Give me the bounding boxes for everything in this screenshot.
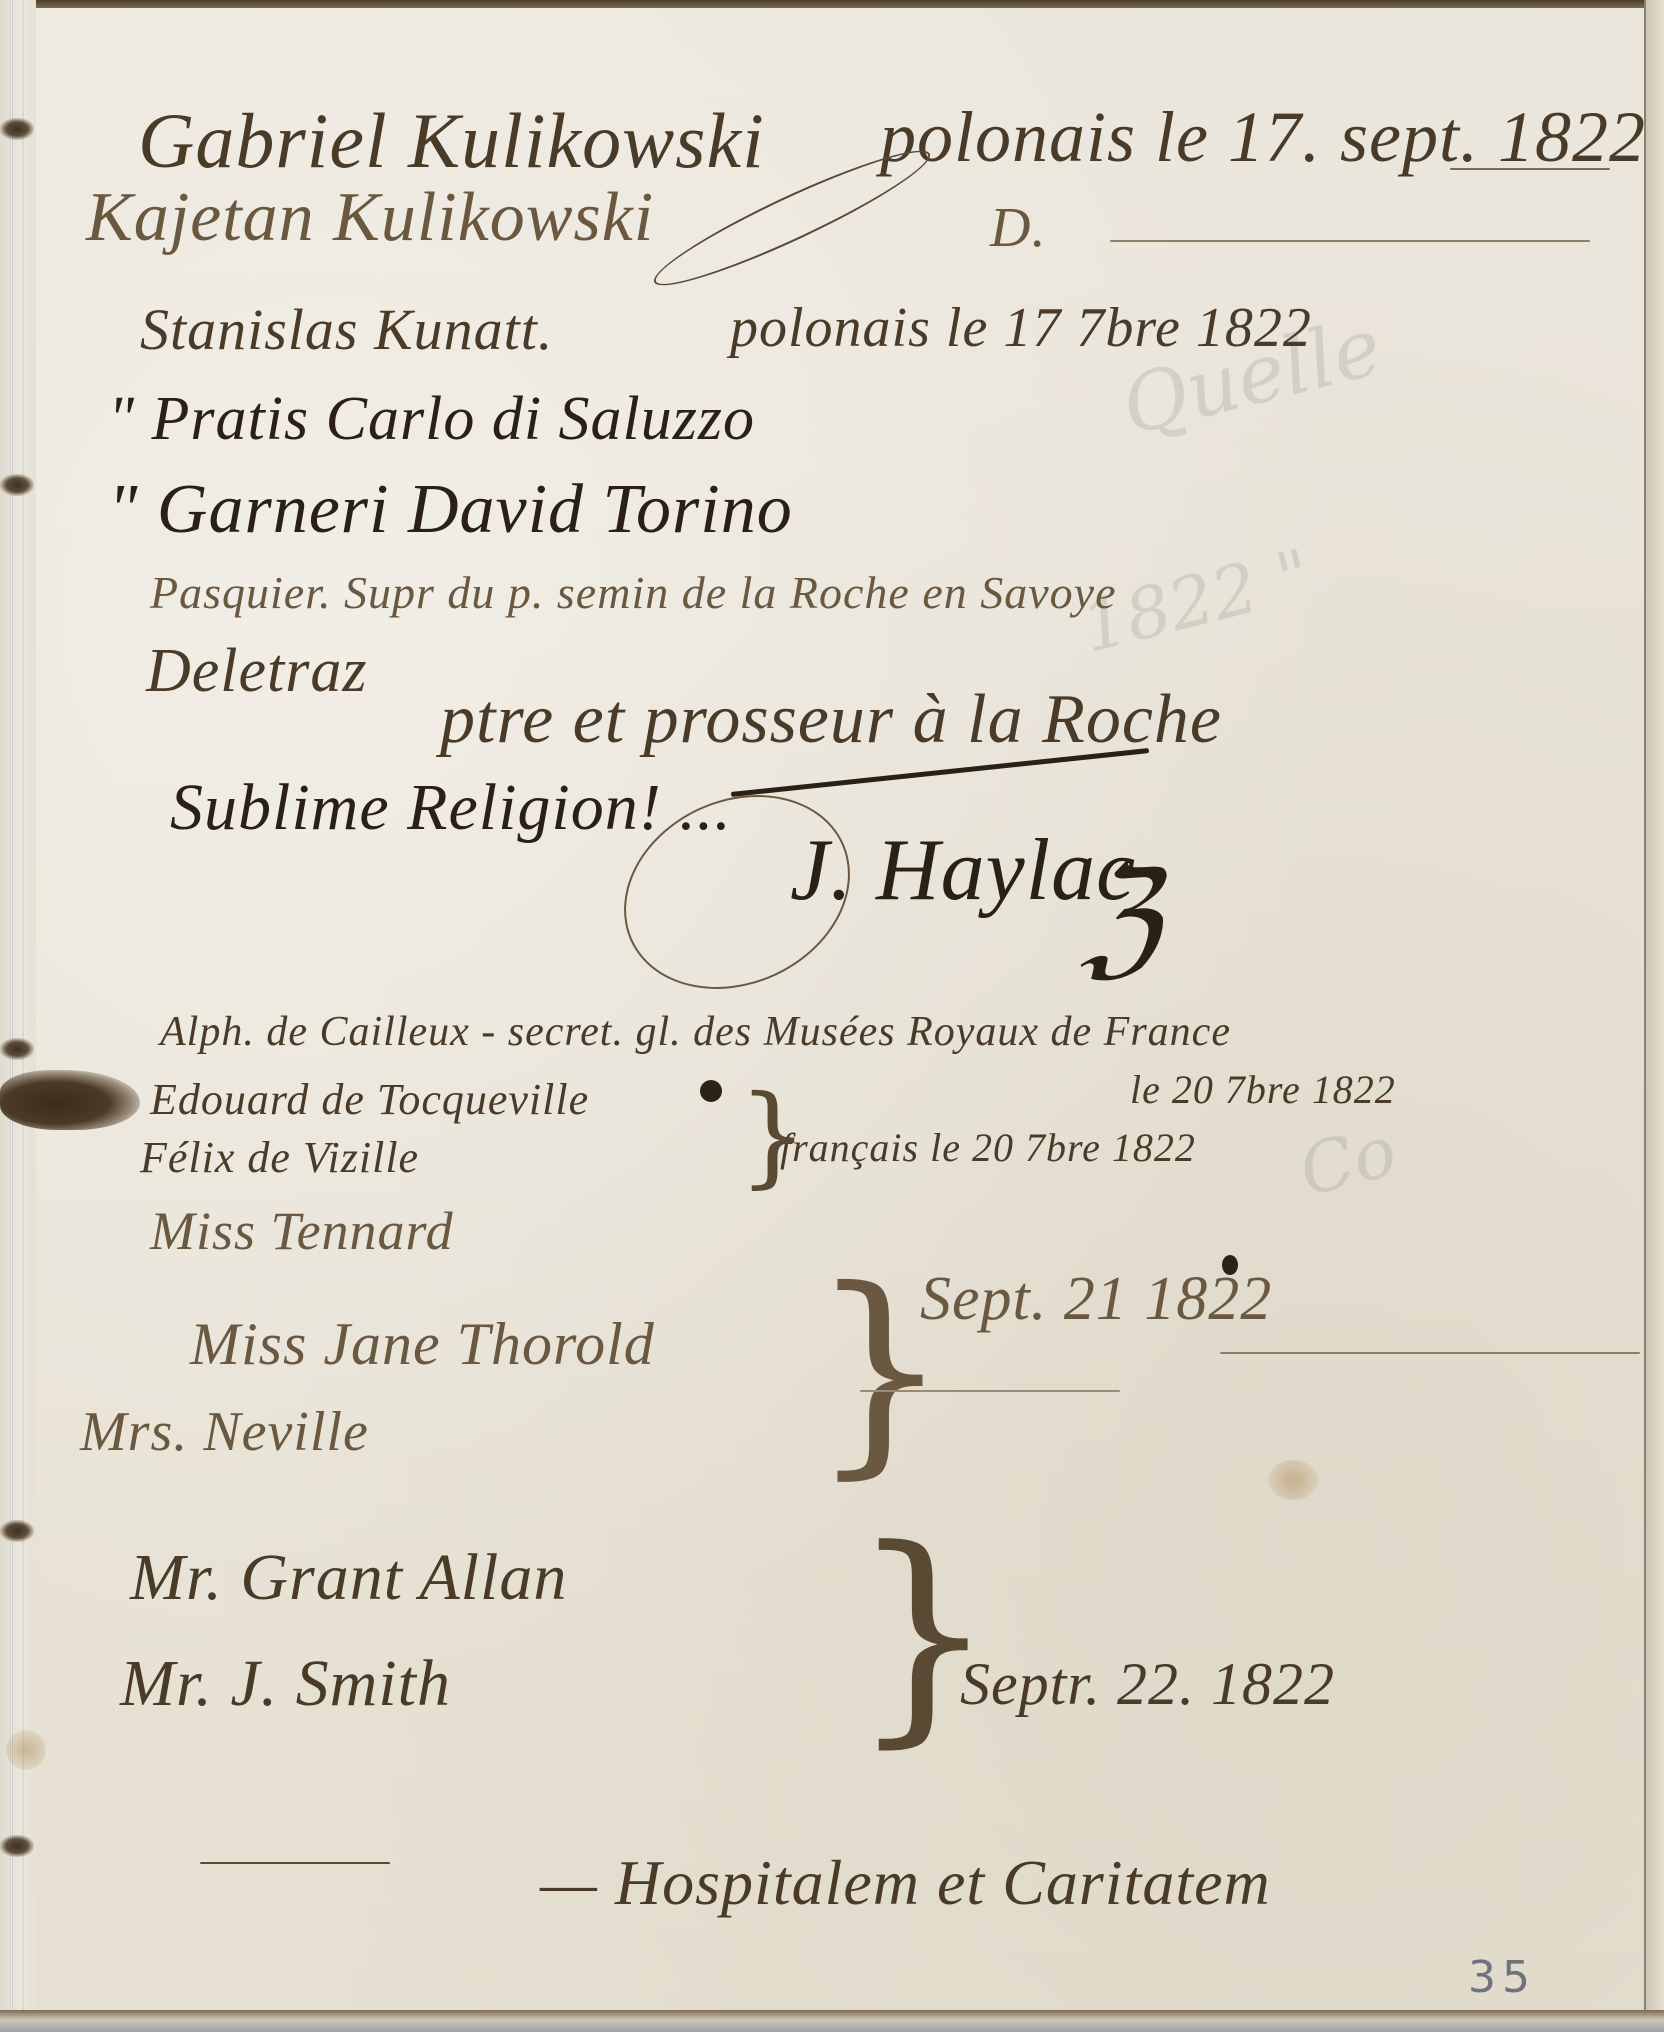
entry-note: polonais le 17. sept. 1822 xyxy=(880,96,1646,179)
page-bottom-edge xyxy=(0,2010,1664,2032)
separator-line xyxy=(200,1862,390,1864)
ink-stain xyxy=(700,1080,722,1102)
foxing-spot xyxy=(1268,1460,1318,1500)
entry-note: D. xyxy=(990,196,1046,260)
entry-name: Sublime Religion! ... xyxy=(170,770,732,846)
underline xyxy=(1450,168,1610,170)
entry-name: Edouard de Tocqueville xyxy=(150,1074,589,1125)
entry-name: Félix de Vizille xyxy=(140,1132,419,1183)
manuscript-page: Quelle 1822 " Co Gabriel Kulikowski polo… xyxy=(0,0,1664,2032)
binding-stitch xyxy=(0,1038,34,1060)
entry-note: polonais le 17 7bre 1822 xyxy=(730,296,1312,360)
bleed-through-text: Co xyxy=(1292,1110,1405,1213)
binding-stitch xyxy=(0,118,34,140)
entry-note: Septr. 22. 1822 xyxy=(960,1650,1335,1719)
entry-name: Stanislas Kunatt. xyxy=(140,296,553,363)
spine-gutter xyxy=(0,0,36,2010)
separator-line xyxy=(1220,1352,1640,1354)
entry-name: Miss Jane Thorold xyxy=(190,1310,655,1379)
separator-line xyxy=(1110,240,1590,242)
entry-name: Mr. J. Smith xyxy=(120,1646,451,1722)
entry-name: Deletraz xyxy=(146,636,368,707)
entry-name: Gabriel Kulikowski xyxy=(138,96,765,186)
page-right-edge xyxy=(1644,0,1664,2032)
top-binding-edge xyxy=(0,0,1664,8)
foxing-spot xyxy=(6,1730,46,1770)
closing-motto: — Hospitalem et Caritatem xyxy=(540,1846,1271,1920)
entry-name: Pasquier. Supr du p. semin de la Roche e… xyxy=(150,566,1117,619)
ink-stain xyxy=(0,1070,140,1130)
entry-note: français le 20 7bre 1822 xyxy=(780,1124,1196,1171)
entry-name: Miss Tennard xyxy=(150,1200,454,1262)
entry-note: le 20 7bre 1822 xyxy=(1130,1066,1396,1113)
entry-name: Kajetan Kulikowski xyxy=(86,178,654,258)
entry-note: Sept. 21 1822 xyxy=(920,1264,1272,1335)
entry-name: Mrs. Neville xyxy=(80,1400,369,1464)
separator-line xyxy=(860,1390,1120,1392)
entry-name: " Garneri David Torino xyxy=(108,470,793,550)
entry-name: Mr. Grant Allan xyxy=(130,1540,567,1616)
binding-thread xyxy=(10,0,13,2032)
binding-stitch xyxy=(0,1835,34,1857)
grouping-brace: } xyxy=(738,1080,808,1190)
binding-thread xyxy=(22,0,24,2032)
entry-name: Alph. de Cailleux - secret. gl. des Musé… xyxy=(160,1008,1231,1056)
binding-stitch xyxy=(0,474,34,496)
entry-note: ptre et prosseur à la Roche xyxy=(440,680,1222,760)
page-number: 35 xyxy=(1468,1952,1536,2003)
entry-name: " Pratis Carlo di Saluzzo xyxy=(108,384,755,455)
binding-stitch xyxy=(0,1520,34,1542)
signature-flourish: ℨ xyxy=(1080,840,1161,993)
